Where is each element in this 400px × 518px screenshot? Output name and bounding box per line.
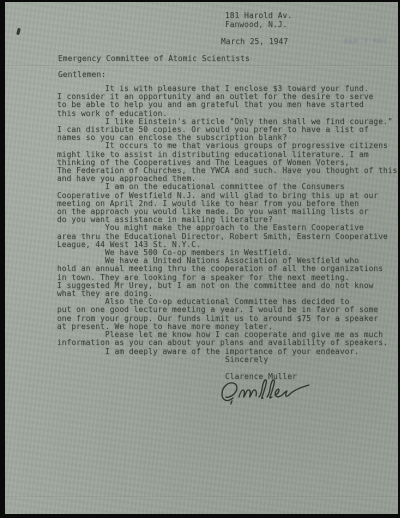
paper-crease-horizontal-bottom (5, 496, 398, 498)
scanned-letter-page: { "colors": { "scan_border": "#0a0a0a", … (0, 0, 400, 518)
paper-crease-horizontal-top (5, 65, 398, 67)
paper-crease-vertical-left (125, 387, 127, 497)
closing: Sincerely (225, 355, 268, 364)
letter-date: March 25, 1947 (221, 37, 288, 46)
sender-address: 181 Harold Av. Fanwood, N.J. (225, 11, 292, 30)
handwritten-signature (219, 378, 314, 412)
received-stamp: MAR 7 REC (344, 37, 396, 46)
salutation: Gentlemen: (58, 70, 106, 79)
letter-body: It is with pleasure that I enclose $3 to… (57, 85, 397, 356)
recipient-line: Emergency Committee of Atomic Scientists (58, 54, 250, 63)
